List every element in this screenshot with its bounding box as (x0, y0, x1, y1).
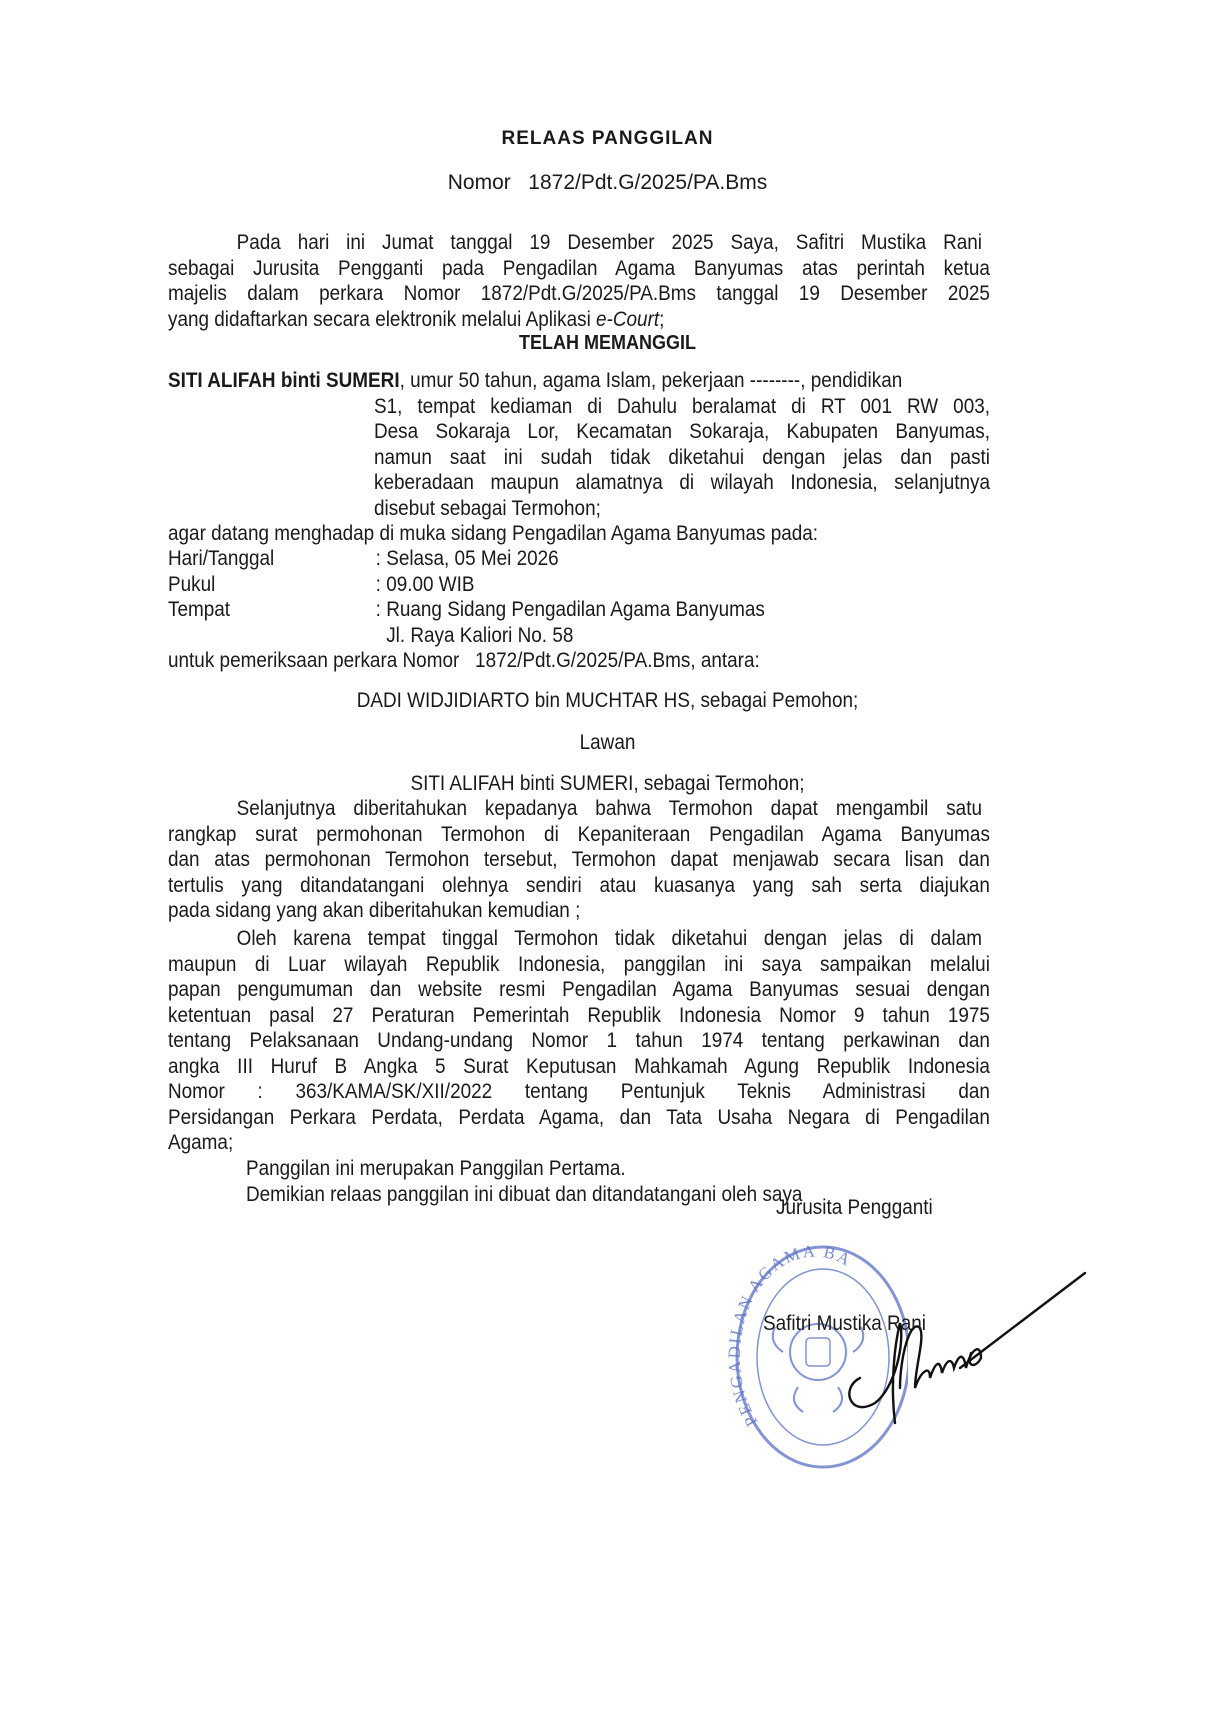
legal-basis-paragraph: Oleh karena tempat tinggal Termohon tida… (168, 926, 1102, 1156)
legal-line: Nomor : 363/KAMA/SK/XII/2022 tentang Pen… (168, 1079, 990, 1105)
notice-line: Selanjutnya diberitahukan kepadanya bahw… (168, 796, 982, 822)
legal-line: ketentuan pasal 27 Peraturan Pemerintah … (168, 1003, 990, 1029)
schedule-label: Pukul (168, 572, 376, 598)
schedule-table: Hari/Tanggal: Selasa, 05 Mei 2026 Pukul:… (168, 546, 765, 648)
signer-name: Safitri Mustika Rani (763, 1311, 926, 1337)
respondent-name: SITI ALIFAH binti SUMERI (168, 368, 400, 392)
closing-line: Demikian relaas panggilan ini dibuat dan… (246, 1182, 802, 1208)
schedule-label: Tempat (168, 597, 376, 623)
schedule-value: : 09.00 WIB (376, 572, 475, 596)
schedule-row-time: Pukul: 09.00 WIB (168, 572, 765, 598)
notice-paragraph: Selanjutnya diberitahukan kepadanya bahw… (168, 796, 1102, 924)
schedule-label: Hari/Tanggal (168, 546, 376, 572)
opening-suffix: ; (659, 307, 664, 331)
notice-line: dan atas permohonan Termohon tersebut, T… (168, 847, 990, 873)
respondent-line: Desa Sokaraja Lor, Kecamatan Sokaraja, K… (374, 419, 990, 445)
respondent-line: S1, tempat kediaman di Dahulu beralamat … (374, 394, 990, 420)
opening-line: Pada hari ini Jumat tanggal 19 Desember … (168, 230, 982, 256)
heading-telah-memanggil: TELAH MEMANGGIL (61, 331, 1155, 357)
petitioner-line: DADI WIDJIDIARTO bin MUCHTAR HS, sebagai… (73, 688, 1142, 714)
legal-line: Persidangan Perkara Perdata, Perdata Aga… (168, 1105, 990, 1131)
respondent-line: namun saat ini sudah tidak diketahui den… (374, 445, 990, 471)
respondent-identity-block: SITI ALIFAH binti SUMERI, umur 50 tahun,… (168, 368, 1102, 521)
opening-line-last: yang didaftarkan secara elektronik melal… (168, 307, 891, 333)
case-number-label: Nomor (448, 171, 511, 194)
notice-line-last: pada sidang yang akan diberitahukan kemu… (168, 898, 990, 924)
legal-line: Oleh karena tempat tinggal Termohon tida… (168, 926, 982, 952)
schedule-value: Jl. Raya Kaliori No. 58 (376, 623, 574, 647)
closing-line: Panggilan ini merupakan Panggilan Pertam… (246, 1156, 802, 1182)
legal-line-last: Agama; (168, 1130, 990, 1156)
ecourt-term: e-Court (596, 307, 659, 331)
notice-line: tertulis yang ditandatangani olehnya sen… (168, 873, 990, 899)
versus-label: Lawan (73, 730, 1142, 756)
schedule-row-place: Tempat: Ruang Sidang Pengadilan Agama Ba… (168, 597, 765, 623)
document-title: RELAAS PANGGILAN (0, 128, 1215, 150)
schedule-value: : Ruang Sidang Pengadilan Agama Banyumas (376, 597, 765, 621)
opening-text: yang didaftarkan secara elektronik melal… (168, 307, 596, 331)
legal-line: tentang Pelaksanaan Undang-undang Nomor … (168, 1028, 990, 1054)
summon-intro: agar datang menghadap di muka sidang Pen… (168, 521, 818, 547)
respondent-first-line: SITI ALIFAH binti SUMERI, umur 50 tahun,… (168, 368, 990, 394)
opening-line: majelis dalam perkara Nomor 1872/Pdt.G/2… (168, 281, 990, 307)
opening-paragraph: Pada hari ini Jumat tanggal 19 Desember … (168, 230, 990, 332)
signer-role: Jurusita Pengganti (776, 1195, 933, 1221)
respondent-line: keberadaan maupun alamatnya di wilayah I… (374, 470, 990, 496)
legal-line: maupun di Luar wilayah Republik Indonesi… (168, 952, 990, 978)
legal-line: angka III Huruf B Angka 5 Surat Keputusa… (168, 1054, 990, 1080)
notice-line: rangkap surat permohonan Termohon di Kep… (168, 822, 990, 848)
legal-line: papan pengumuman dan website resmi Penga… (168, 977, 990, 1003)
signature-icon (840, 1268, 1090, 1428)
schedule-row-date: Hari/Tanggal: Selasa, 05 Mei 2026 (168, 546, 765, 572)
schedule-row-address: Jl. Raya Kaliori No. 58 (168, 623, 765, 649)
case-number: 1872/Pdt.G/2025/PA.Bms (528, 171, 767, 194)
respondent-line-last: disebut sebagai Termohon; (374, 496, 1015, 522)
schedule-value: : Selasa, 05 Mei 2026 (376, 546, 559, 570)
closing-lines: Panggilan ini merupakan Panggilan Pertam… (246, 1156, 802, 1207)
opening-line: sebagai Jurusita Pengganti pada Pengadil… (168, 256, 990, 282)
case-number-line: Nomor 1872/Pdt.G/2025/PA.Bms (0, 171, 1215, 195)
case-intro: untuk pemeriksaan perkara Nomor 1872/Pdt… (168, 648, 760, 674)
respondent-details: , umur 50 tahun, agama Islam, pekerjaan … (400, 368, 903, 392)
respondent-line: SITI ALIFAH binti SUMERI, sebagai Termoh… (73, 771, 1142, 797)
